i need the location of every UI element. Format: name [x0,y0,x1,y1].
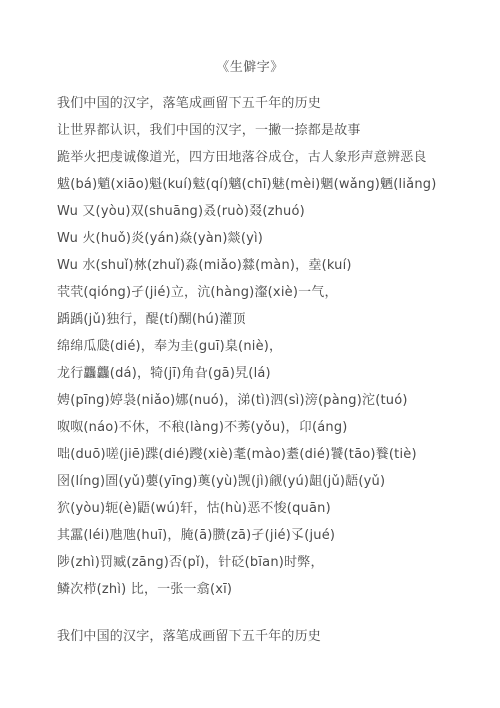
lyric-line-17: 其靁(léi)虺虺(huī)，腌(ā)臜(zā)孑(jié)孓(jué) [57,522,460,549]
lyric-line-18: 陟(zhì)罚臧(zāng)否(pǐ)，针砭(bīan)时弊， [57,549,460,576]
lyric-line-9: 踽踽(jǔ)独行，醍(tí)醐(hú)灌顶 [57,306,460,333]
document-content: 《生僻字》 我们中国的汉字，落笔成画留下五千年的历史 让世界都认识，我们中国的汉… [0,0,500,650]
lyric-line-7: Wu 水(shuǐ)沝(zhuǐ)淼(miǎo)㵘(màn)，㙓(kuí) [57,252,460,279]
lyric-line-4: 魃(bá)魈(xiāo)魁(kuí)鬾(qí)魑(chī)魅(mèi)魍(wǎn… [57,171,460,198]
lyric-line-13: 呶呶(náo)不休，不稂(làng)不莠(yǒu)，卬(áng) [57,414,460,441]
lyric-line-6: Wu 火(huǒ)炎(yán)焱(yàn)燚(yì) [57,225,460,252]
lyric-line-19: 鳞次栉(zhì) 比，一张一翕(xī) [57,576,460,603]
lyric-line-5: Wu 又(yòu)双(shuāng)叒(ruò)叕(zhuó) [57,198,460,225]
song-title: 《生僻字》 [57,54,443,81]
lyric-line-1: 我们中国的汉字，落笔成画留下五千年的历史 [57,90,460,117]
lyric-line-16: 狖(yòu)轭(è)鼯(wú)轩，怙(hù)恶不悛(quān) [57,495,460,522]
lyric-line-15: 囹(líng)圄(yǔ)蘡(yīng)薁(yù)觊(jì)觎(yú)龃(jǔ)龉… [57,468,460,495]
lyric-line-2: 让世界都认识，我们中国的汉字，一撇一捺都是故事 [57,117,460,144]
lyric-line-3: 跪举火把虔诚像道光，四方田地落谷成仓，古人象形声意辨恶良 [57,144,460,171]
lyric-footer-line: 我们中国的汉字，落笔成画留下五千年的历史 [57,623,460,650]
document-page: 《生僻字》 我们中国的汉字，落笔成画留下五千年的历史 让世界都认识，我们中国的汉… [0,0,500,708]
lyric-line-11: 龙行龘龘(dá)，犄(jī)角旮(gā)旯(lá) [57,360,460,387]
lyric-line-14: 咄(duō)嗟(jiē)蹀(dié)躞(xiè)耄(mào)耋(dié)饕(tā… [57,441,460,468]
lyric-line-8: 茕茕(qióng)孑(jié)立，沆(hàng)瀣(xiè)一气， [57,279,460,306]
lyric-line-10: 绵绵瓜瓞(dié)，奉为圭(guī)臬(niè)， [57,333,460,360]
lyric-line-12: 娉(pīng)婷袅(niǎo)娜(nuó)，涕(tì)泗(sì)滂(pàng)沱… [57,387,460,414]
